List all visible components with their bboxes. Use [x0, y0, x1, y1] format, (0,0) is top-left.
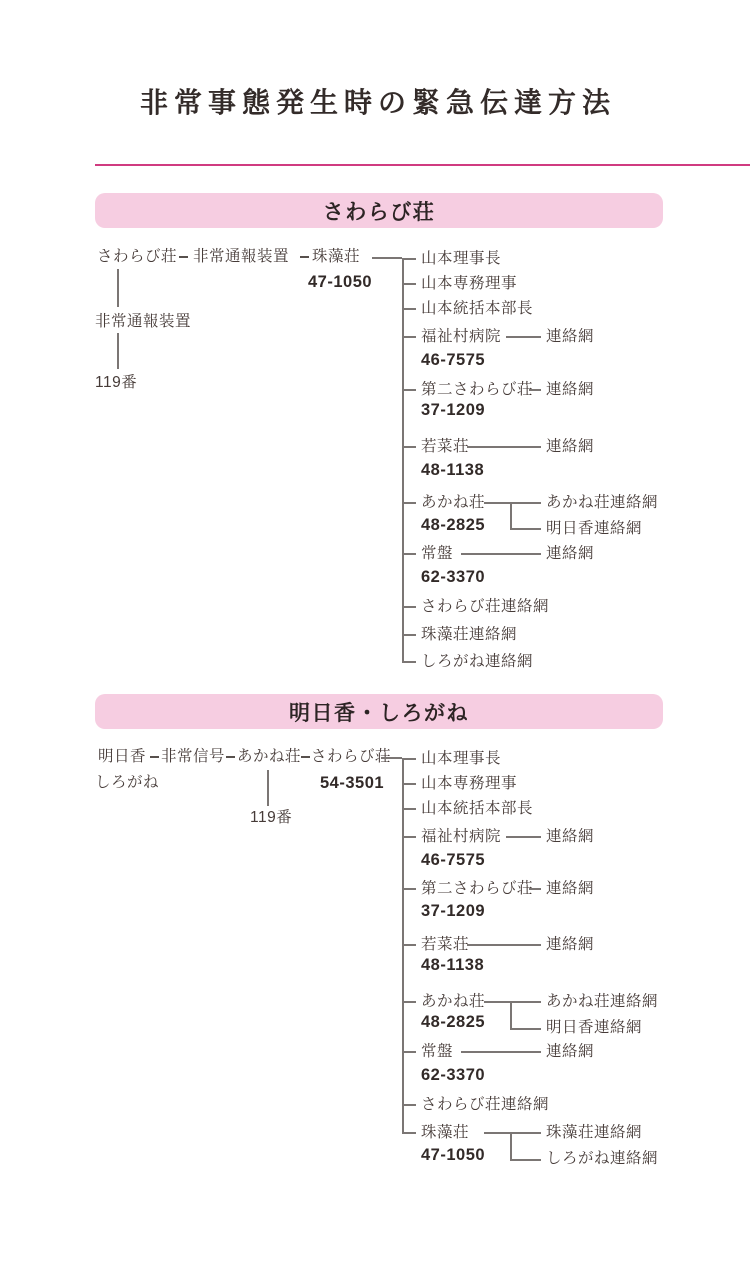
connector-line	[510, 1001, 541, 1003]
branch-label: 常盤	[421, 543, 453, 565]
tree-trunk-line	[402, 258, 404, 663]
branch-link-label: 連絡網	[546, 543, 594, 565]
branch-label: あかね荘	[421, 991, 485, 1013]
chain-node: 非常信号	[161, 746, 225, 768]
phone-number: 46-7575	[421, 349, 485, 371]
branch-tick	[402, 502, 416, 504]
connector-line	[484, 502, 510, 504]
connector-line	[372, 257, 402, 259]
branch-label: さわらび荘連絡網	[421, 596, 549, 618]
branch-label: 若菜荘	[421, 934, 469, 956]
phone-number: 47-1050	[421, 1144, 485, 1166]
branch-link-label: しろがね連絡網	[546, 1148, 658, 1170]
connector-line	[529, 389, 541, 391]
branch-tick	[402, 1132, 416, 1134]
section-header: さわらび荘	[95, 193, 663, 228]
branch-label: 山本専務理事	[421, 273, 517, 295]
branch-label: 山本理事長	[421, 248, 501, 270]
chain-dash	[150, 756, 159, 758]
branch-tick	[402, 389, 416, 391]
branch-label: さわらび荘連絡網	[421, 1094, 549, 1116]
branch-label: 珠藻荘	[421, 1122, 469, 1144]
sub-branch-line	[510, 1001, 512, 1029]
connector-line	[461, 553, 541, 555]
branch-tick	[402, 606, 416, 608]
connector-line	[510, 1132, 541, 1134]
chain-node: 珠藻荘	[312, 246, 360, 268]
phone-number: 47-1050	[308, 271, 372, 293]
chain-dash	[300, 256, 309, 258]
phone-number: 62-3370	[421, 1064, 485, 1086]
branch-label: あかね荘	[421, 492, 485, 514]
connector-line	[484, 1132, 510, 1134]
phone-number: 48-1138	[421, 954, 484, 976]
branch-tick	[402, 1104, 416, 1106]
branch-tick	[402, 758, 416, 760]
chain-dash	[301, 756, 310, 758]
branch-tick	[402, 336, 416, 338]
branch-label: 第二さわらび荘	[421, 878, 533, 900]
branch-link-label: 珠藻荘連絡網	[546, 1122, 642, 1144]
branch-label: 第二さわらび荘	[421, 379, 533, 401]
branch-tick	[402, 1051, 416, 1053]
phone-number: 46-7575	[421, 849, 485, 871]
connector-line	[510, 1028, 541, 1030]
phone-number: 62-3370	[421, 566, 485, 588]
branch-link-label: 連絡網	[546, 1041, 594, 1063]
branch-link-label: 明日香連絡網	[546, 518, 642, 540]
branch-tick	[402, 258, 416, 260]
chain-dash	[226, 756, 235, 758]
branch-link-label: 連絡網	[546, 436, 594, 458]
branch-tick	[402, 661, 416, 663]
alarm-device-label: 非常通報装置	[95, 311, 191, 333]
connector-line	[506, 336, 541, 338]
branch-tick	[402, 836, 416, 838]
connector-line	[510, 1159, 541, 1161]
branch-label: 福祉村病院	[421, 826, 501, 848]
phone-number: 48-1138	[421, 459, 484, 481]
branch-link-label: 連絡網	[546, 878, 594, 900]
branch-label: 山本専務理事	[421, 773, 517, 795]
connector-line	[510, 502, 541, 504]
emergency-contact-page: 非常事態発生時の緊急伝達方法 さわらび荘 さわらび荘 非常通報装置 珠藻荘 47…	[0, 0, 750, 1285]
title-divider-line	[95, 164, 750, 166]
branch-label: 山本理事長	[421, 748, 501, 770]
chain-node: あかね荘	[237, 746, 301, 768]
connector-line	[529, 888, 541, 890]
connector-line	[467, 446, 541, 448]
branch-label: 珠藻荘連絡網	[421, 624, 517, 646]
chain-node: 明日香	[98, 746, 146, 768]
branch-link-label: あかね荘連絡網	[546, 492, 658, 514]
branch-tick	[402, 944, 416, 946]
branch-link-label: 連絡網	[546, 934, 594, 956]
connector-line	[461, 1051, 541, 1053]
branch-tick	[402, 808, 416, 810]
chain-co-source: しろがね	[95, 772, 159, 794]
branch-label: 福祉村病院	[421, 326, 501, 348]
branch-link-label: あかね荘連絡網	[546, 991, 658, 1013]
connector-line	[510, 528, 541, 530]
connector-line	[381, 757, 402, 759]
chain-dash	[179, 256, 188, 258]
branch-label: 山本統括本部長	[421, 298, 533, 320]
page-title: 非常事態発生時の緊急伝達方法	[0, 86, 750, 120]
connector-line	[467, 944, 541, 946]
branch-tick	[402, 634, 416, 636]
connector-line	[506, 836, 541, 838]
chain-node: 非常通報装置	[193, 246, 289, 268]
branch-tick	[402, 553, 416, 555]
sub-branch-line	[510, 502, 512, 529]
emergency-number-label: 119番	[95, 372, 137, 394]
connector-line	[117, 269, 119, 307]
branch-tick	[402, 1001, 416, 1003]
branch-link-label: 連絡網	[546, 326, 594, 348]
chain-node: さわらび荘	[311, 746, 391, 768]
phone-number: 54-3501	[320, 772, 384, 794]
phone-number: 48-2825	[421, 514, 485, 536]
branch-label: しろがね連絡網	[421, 651, 533, 673]
emergency-number-label: 119番	[250, 807, 292, 829]
connector-line	[117, 333, 119, 369]
branch-link-label: 連絡網	[546, 379, 594, 401]
branch-tick	[402, 446, 416, 448]
connector-line	[484, 1001, 510, 1003]
branch-label: 山本統括本部長	[421, 798, 533, 820]
branch-link-label: 明日香連絡網	[546, 1017, 642, 1039]
phone-number: 37-1209	[421, 900, 485, 922]
branch-tick	[402, 888, 416, 890]
branch-link-label: 連絡網	[546, 826, 594, 848]
phone-number: 48-2825	[421, 1011, 485, 1033]
branch-tick	[402, 783, 416, 785]
connector-line	[267, 770, 269, 806]
chain-node: さわらび荘	[97, 246, 177, 268]
sub-branch-line	[510, 1132, 512, 1160]
branch-label: 常盤	[421, 1041, 453, 1063]
branch-tick	[402, 283, 416, 285]
tree-trunk-line	[402, 758, 404, 1134]
phone-number: 37-1209	[421, 399, 485, 421]
section-header: 明日香・しろがね	[95, 694, 663, 729]
branch-label: 若菜荘	[421, 436, 469, 458]
branch-tick	[402, 308, 416, 310]
